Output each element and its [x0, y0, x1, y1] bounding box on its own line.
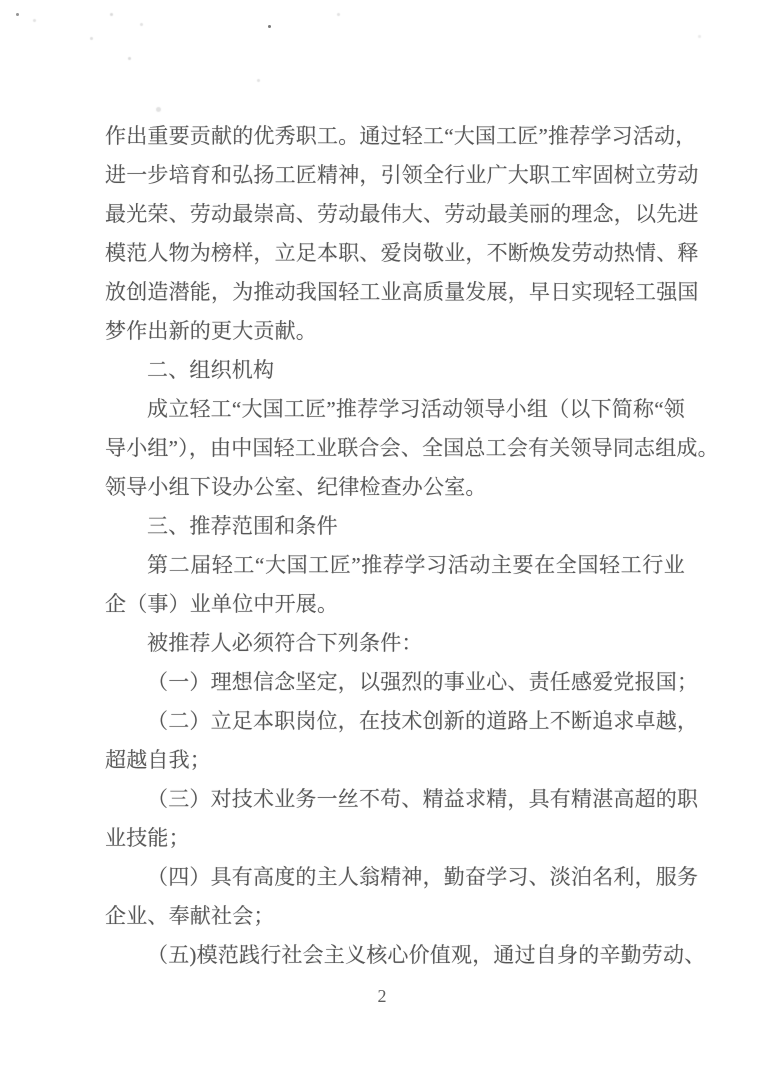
text-line: 作出重要贡献的优秀职工。通过轻工“大国工匠”推荐学习活动，: [105, 117, 685, 156]
scan-noise-specks: [16, 13, 19, 16]
text-line: 领导小组下设办公室、纪律检查办公室。: [105, 468, 685, 507]
heading-section-3: 三、推荐范围和条件: [105, 507, 685, 546]
text-line: 导小组”），由中国轻工业联合会、全国总工会有关领导同志组成。: [105, 429, 685, 468]
document-body: 作出重要贡献的优秀职工。通过轻工“大国工匠”推荐学习活动， 进一步培育和弘扬工匠…: [105, 117, 685, 975]
text-line: 最光荣、劳动最崇高、劳动最伟大、劳动最美丽的理念，以先进: [105, 195, 685, 234]
list-item-1: （一）理想信念坚定，以强烈的事业心、责任感爱党报国；: [105, 663, 685, 702]
heading-section-2: 二、组织机构: [105, 351, 685, 390]
text-line: 进一步培育和弘扬工匠精神，引领全行业广大职工牢固树立劳动: [105, 156, 685, 195]
page-number: 2: [0, 986, 764, 1007]
list-item-2: （二）立足本职岗位，在技术创新的道路上不断追求卓越，: [105, 702, 685, 741]
text-line: 被推荐人必须符合下列条件：: [105, 624, 685, 663]
text-line: 第二届轻工“大国工匠”推荐学习活动主要在全国轻工行业: [105, 546, 685, 585]
text-line: 梦作出新的更大贡献。: [105, 312, 685, 351]
text-line: 成立轻工“大国工匠”推荐学习活动领导小组（以下简称“领: [105, 390, 685, 429]
text-line: 模范人物为榜样，立足本职、爱岗敬业，不断焕发劳动热情、释: [105, 234, 685, 273]
list-item-3: （三）对技术业务一丝不苟、精益求精，具有精湛高超的职: [105, 780, 685, 819]
list-item-5: （五)模范践行社会主义核心价值观，通过自身的辛勤劳动、: [105, 936, 685, 975]
document-page: 作出重要贡献的优秀职工。通过轻工“大国工匠”推荐学习活动， 进一步培育和弘扬工匠…: [0, 0, 764, 1080]
list-item-4: （四）具有高度的主人翁精神，勤奋学习、淡泊名利，服务: [105, 858, 685, 897]
text-line: 放创造潜能，为推动我国轻工业高质量发展，早日实现轻工强国: [105, 273, 685, 312]
text-line: 业技能；: [105, 819, 685, 858]
text-line: 企（事）业单位中开展。: [105, 585, 685, 624]
text-line: 超越自我；: [105, 741, 685, 780]
text-line: 企业、奉献社会；: [105, 897, 685, 936]
